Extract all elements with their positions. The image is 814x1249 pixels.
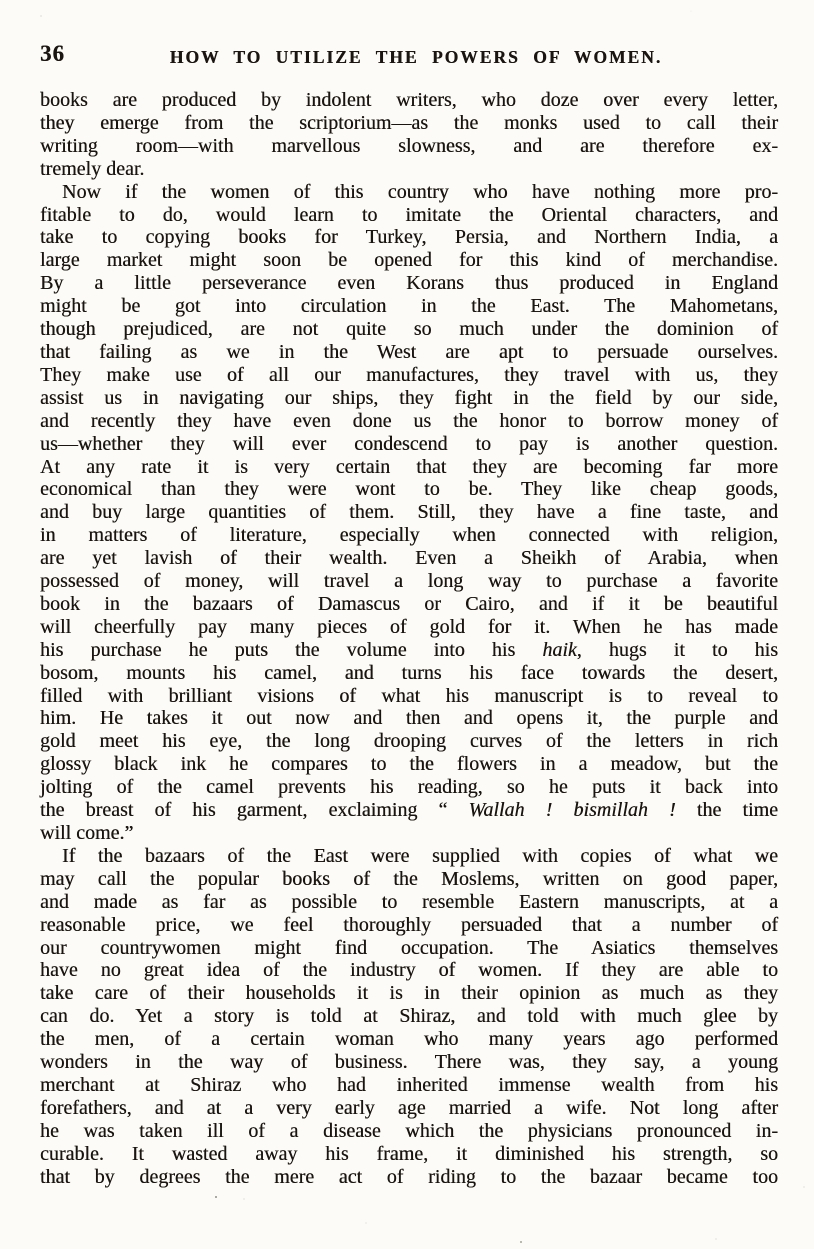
text-segment: economical than they were wont to be. Th… <box>40 478 778 500</box>
text-line: book in the bazaars of Damascus or Cairo… <box>40 593 778 616</box>
text-segment: have no great idea of the industry of wo… <box>40 959 778 981</box>
text-segment: might be got into circulation in the Eas… <box>40 295 778 317</box>
text-line: and made as far as possible to resemble … <box>40 891 778 914</box>
running-header-title: HOW TO UTILIZE THE POWERS OF WOMEN. <box>40 44 778 68</box>
text-line: fitable to do, would learn to imitate th… <box>40 204 778 227</box>
text-segment: jolting of the camel prevents his readin… <box>40 776 778 798</box>
running-header: 36 HOW TO UTILIZE THE POWERS OF WOMEN. <box>40 44 778 70</box>
text-line: They make use of all our manufactures, t… <box>40 364 778 387</box>
text-line: wonders in the way of business. There wa… <box>40 1051 778 1074</box>
text-line: assist us in navigating our ships, they … <box>40 387 778 410</box>
text-line: and recently they have even done us the … <box>40 410 778 433</box>
text-line: the men, of a certain woman who many yea… <box>40 1028 778 1051</box>
text-segment: book in the bazaars of Damascus or Cairo… <box>40 593 778 615</box>
text-segment: curable. It wasted away his frame, it di… <box>40 1143 778 1165</box>
text-line: If the bazaars of the East were supplied… <box>40 845 778 868</box>
text-segment: will come.” <box>40 822 133 844</box>
text-segment: If the bazaars of the East were supplied… <box>62 845 778 867</box>
text-line: us—whether they will ever condescend to … <box>40 433 778 456</box>
text-line: At any rate it is very certain that they… <box>40 456 778 479</box>
paragraph: Now if the women of this country who hav… <box>40 181 778 845</box>
text-segment: will cheerfully pay many pieces of gold … <box>40 616 778 638</box>
text-line: glossy black ink he compares to the flow… <box>40 753 778 776</box>
text-segment: that failing as we in the West are apt t… <box>40 341 778 363</box>
text-segment: in matters of literature, especially whe… <box>40 524 778 546</box>
text-line: bosom, mounts his camel, and turns his f… <box>40 662 778 685</box>
text-line: curable. It wasted away his frame, it di… <box>40 1143 778 1166</box>
text-line: jolting of the camel prevents his readin… <box>40 776 778 799</box>
text-segment: glossy black ink he compares to the flow… <box>40 753 778 775</box>
text-line: economical than they were wont to be. Th… <box>40 478 778 501</box>
text-segment: , hugs it to his <box>577 639 778 661</box>
text-line: merchant at Shiraz who had inherited imm… <box>40 1074 778 1097</box>
text-segment: and buy large quantities of them. Still,… <box>40 501 778 523</box>
text-line: reasonable price, we feel thoroughly per… <box>40 914 778 937</box>
text-line: the breast of his garment, exclaiming “ … <box>40 799 778 822</box>
text-line: filled with brilliant visions of what hi… <box>40 685 778 708</box>
text-line: Now if the women of this country who hav… <box>40 181 778 204</box>
text-segment: books are produced by indolent writers, … <box>40 89 778 111</box>
text-line: will cheerfully pay many pieces of gold … <box>40 616 778 639</box>
text-segment: large market might soon be opened for th… <box>40 249 778 271</box>
text-line: By a little perseverance even Korans thu… <box>40 272 778 295</box>
text-segment: tremely dear. <box>40 158 144 180</box>
text-segment: he was taken ill of a disease which the … <box>40 1120 778 1142</box>
text-line: he was taken ill of a disease which the … <box>40 1120 778 1143</box>
text-line: that failing as we in the West are apt t… <box>40 341 778 364</box>
book-page: 36 HOW TO UTILIZE THE POWERS OF WOMEN. b… <box>0 0 814 1189</box>
text-segment: and recently they have even done us the … <box>40 410 778 432</box>
text-line: possessed of money, will travel a long w… <box>40 570 778 593</box>
text-segment: take to copying books for Turkey, Persia… <box>40 226 778 248</box>
text-segment: that by degrees the mere act of riding t… <box>40 1166 778 1188</box>
text-segment: may call the popular books of the Moslem… <box>40 868 778 890</box>
text-segment: merchant at Shiraz who had inherited imm… <box>40 1074 778 1096</box>
text-segment: the men, of a certain woman who many yea… <box>40 1028 778 1050</box>
text-line: tremely dear. <box>40 158 778 181</box>
text-segment: though prejudiced, are not quite so much… <box>40 318 778 340</box>
text-segment: writing room—with marvellous slowness, a… <box>40 135 778 157</box>
text-line: writing room—with marvellous slowness, a… <box>40 135 778 158</box>
paragraph: If the bazaars of the East were supplied… <box>40 845 778 1189</box>
text-segment: wonders in the way of business. There wa… <box>40 1051 778 1073</box>
text-segment: they emerge from the scriptorium—as the … <box>40 112 778 134</box>
text-segment: fitable to do, would learn to imitate th… <box>40 204 778 226</box>
text-segment: are yet lavish of their wealth. Even a S… <box>40 547 778 569</box>
text-segment: possessed of money, will travel a long w… <box>40 570 778 592</box>
italic-text: Wallah ! bismillah ! <box>469 799 676 821</box>
text-segment: his purchase he puts the volume into his <box>40 639 542 661</box>
text-line: take care of their households it is in t… <box>40 982 778 1005</box>
text-segment: At any rate it is very certain that they… <box>40 456 778 478</box>
text-line: are yet lavish of their wealth. Even a S… <box>40 547 778 570</box>
text-line: have no great idea of the industry of wo… <box>40 959 778 982</box>
text-segment: us—whether they will ever condescend to … <box>40 433 778 455</box>
text-segment: reasonable price, we feel thoroughly per… <box>40 914 778 936</box>
text-line: him. He takes it out now and then and op… <box>40 707 778 730</box>
text-line: will come.” <box>40 822 778 845</box>
text-line: they emerge from the scriptorium—as the … <box>40 112 778 135</box>
page-body-text: books are produced by indolent writers, … <box>40 89 778 1189</box>
text-line: forefathers, and at a very early age mar… <box>40 1097 778 1120</box>
text-line: though prejudiced, are not quite so much… <box>40 318 778 341</box>
text-segment: filled with brilliant visions of what hi… <box>40 685 778 707</box>
italic-text: haik <box>542 639 576 661</box>
text-segment: him. He takes it out now and then and op… <box>40 707 778 729</box>
text-segment: Now if the women of this country who hav… <box>62 181 778 203</box>
text-line: can do. Yet a story is told at Shiraz, a… <box>40 1005 778 1028</box>
text-segment: By a little perseverance even Korans thu… <box>40 272 778 294</box>
text-line: in matters of literature, especially whe… <box>40 524 778 547</box>
text-segment: and made as far as possible to resemble … <box>40 891 778 913</box>
text-line: large market might soon be opened for th… <box>40 249 778 272</box>
text-segment: They make use of all our manufactures, t… <box>40 364 778 386</box>
page-number: 36 <box>40 41 65 67</box>
text-line: his purchase he puts the volume into his… <box>40 639 778 662</box>
text-segment: can do. Yet a story is told at Shiraz, a… <box>40 1005 778 1027</box>
text-line: and buy large quantities of them. Still,… <box>40 501 778 524</box>
text-segment: the breast of his garment, exclaiming “ <box>40 799 469 821</box>
text-segment: the time <box>676 799 778 821</box>
text-line: gold meet his eye, the long drooping cur… <box>40 730 778 753</box>
text-line: might be got into circulation in the Eas… <box>40 295 778 318</box>
text-line: our countrywomen might find occupation. … <box>40 937 778 960</box>
text-line: take to copying books for Turkey, Persia… <box>40 226 778 249</box>
scan-speck-artifacts <box>215 1196 217 1198</box>
text-segment: assist us in navigating our ships, they … <box>40 387 778 409</box>
text-segment: our countrywomen might find occupation. … <box>40 937 778 959</box>
text-segment: forefathers, and at a very early age mar… <box>40 1097 778 1119</box>
text-segment: bosom, mounts his camel, and turns his f… <box>40 662 778 684</box>
paragraph: books are produced by indolent writers, … <box>40 89 778 181</box>
text-line: that by degrees the mere act of riding t… <box>40 1166 778 1189</box>
text-line: may call the popular books of the Moslem… <box>40 868 778 891</box>
text-line: books are produced by indolent writers, … <box>40 89 778 112</box>
text-segment: gold meet his eye, the long drooping cur… <box>40 730 778 752</box>
text-segment: take care of their households it is in t… <box>40 982 778 1004</box>
